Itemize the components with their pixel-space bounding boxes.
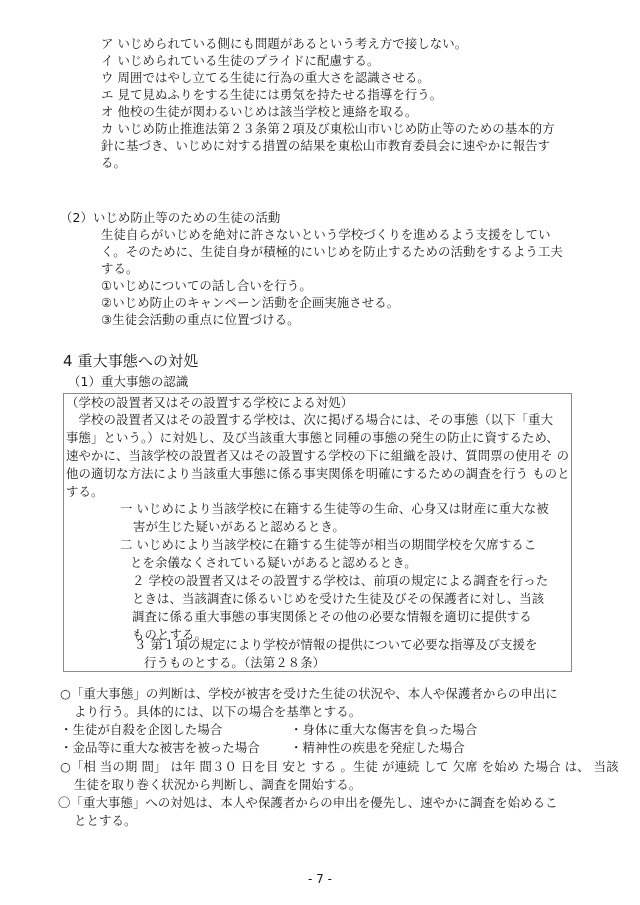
- activity-item-2: ②いじめ防止のキャンペーン活動を企画実施させる。: [101, 294, 399, 311]
- note-1-line-2: より行う。具体的には、以下の場合を基準とする。: [74, 703, 361, 720]
- section-4-subheading: （1）重大事態の認識: [68, 373, 188, 390]
- criteria-suicide-attempt: ・生徒が自殺を企図した場合: [60, 721, 222, 738]
- box-item-1-line-1: 一 いじめにより当該学校に在籍する生徒等の生命、心身又は財産に重大な被: [120, 500, 549, 517]
- measure-item-ka: カ いじめ防止推進法第２３条第２項及び東松山市いじめ防止等のための基本的方: [101, 120, 555, 137]
- box-paragraph-line-3: 速やかに、当該学校の設置者又はその設置する学校の下に組織を設け、質問票の使用そ …: [66, 447, 569, 464]
- note-3-line-1: 〇「重大事態」への対処は、本人や保護者からの申出を優先し、速やかに調査を始めるこ: [58, 794, 558, 811]
- box-clause-2-line-1: ２ 学校の設置者又はその設置する学校は、前項の規定による調査を行った: [132, 572, 548, 589]
- measure-item-ka-end: る。: [101, 154, 126, 171]
- box-paragraph-line-4: 他の適切な方法により当該重大事態に係る事実関係を明確にするための調査を行う もの…: [66, 465, 570, 482]
- box-item-1-line-2: 害が生じた疑いがあると認めるとき。: [133, 518, 345, 535]
- section-2-body-line-3: する。: [101, 260, 138, 277]
- note-2-line-2: 生徒を取り巻く状況から判断し、調査を開始する。: [74, 776, 361, 793]
- box-paragraph-line-2: 事態」という。）に対処し、及び当該重大事態と同種の事態の発生の防止に資するため、: [66, 429, 559, 446]
- activity-item-1: ①いじめについての話し合いを行う。: [101, 277, 312, 294]
- box-paragraph-line-1: 学校の設置者又はその設置する学校は、次に掲げる場合には、その事態（以下「重大: [66, 411, 553, 428]
- page-number: - 7 -: [0, 871, 640, 887]
- box-title: （学校の設置者又はその設置する学校による対処）: [66, 394, 353, 411]
- criteria-property-damage: ・金品等に重大な被害を被った場合: [60, 739, 260, 756]
- box-clause-2-line-2: ときは、当該調査に係るいじめを受けた生徒及びその保護者に対し、当該: [132, 590, 544, 607]
- note-1-line-1: ○「重大事態」の判断は、学校が被害を受けた生徒の状況や、本人や保護者からの申出に: [60, 685, 558, 702]
- box-clause-2-line-3: 調査に係る重大事態の事実関係とその他の必要な情報を適切に提供する: [132, 608, 532, 625]
- box-clause-3-line-2: 行うものとする。（法第２８条）: [144, 654, 325, 671]
- criteria-physical-injury: ・身体に重大な傷害を負った場合: [290, 721, 477, 738]
- box-paragraph-line-5: する。: [66, 483, 103, 500]
- measure-item-e: エ 見て見ぬふりをする生徒には勇気を持たせる指導を行う。: [101, 86, 442, 103]
- box-item-2-line-2: とを余儀なくされている疑いがあると認めるとき。: [130, 554, 417, 571]
- section-4-heading: 4 重大事態への対処: [63, 352, 198, 371]
- activity-item-3: ③生徒会活動の重点に位置づける。: [101, 311, 300, 328]
- measure-item-i: イ いじめられている生徒のプライドに配慮する。: [101, 52, 379, 69]
- section-2-body-line-2: く。そのために、生徒自身が積極的にいじめを防止するための活動をするよう工夫: [101, 243, 563, 260]
- note-2-line-1: ○「相 当の期 間」 は年 間３０ 日を目 安と する 。生徒 が連続 して 欠…: [60, 758, 619, 775]
- measure-item-u: ウ 周囲ではやし立てる生徒に行為の重大さを認識させる。: [101, 69, 430, 86]
- section-2-heading: （2）いじめ防止等のための生徒の活動: [60, 209, 280, 226]
- box-clause-3-line-1: ３ 第１項の規定により学校が情報の提供について必要な指導及び支援を: [134, 636, 538, 653]
- section-2-body-line-1: 生徒自らがいじめを絶対に許さないという学校づくりを進めるよう支援をしてい: [101, 226, 551, 243]
- measure-item-o: オ 他校の生徒が関わるいじめは該当学校と連絡を取る。: [101, 103, 417, 120]
- note-3-line-2: ととする。: [74, 812, 136, 829]
- measure-item-a: ア いじめられている側にも問題があるという考え方で接しない。: [101, 35, 467, 52]
- box-item-2-line-1: 二 いじめにより当該学校に在籍する生徒等が相当の期間学校を欠席するこ: [120, 536, 536, 553]
- measure-item-ka-cont: 針に基づき、いじめに対する措置の結果を東松山市教育委員会に速やかに報告す: [101, 137, 550, 154]
- criteria-mental-illness: ・精神性の疾患を発症した場合: [290, 739, 465, 756]
